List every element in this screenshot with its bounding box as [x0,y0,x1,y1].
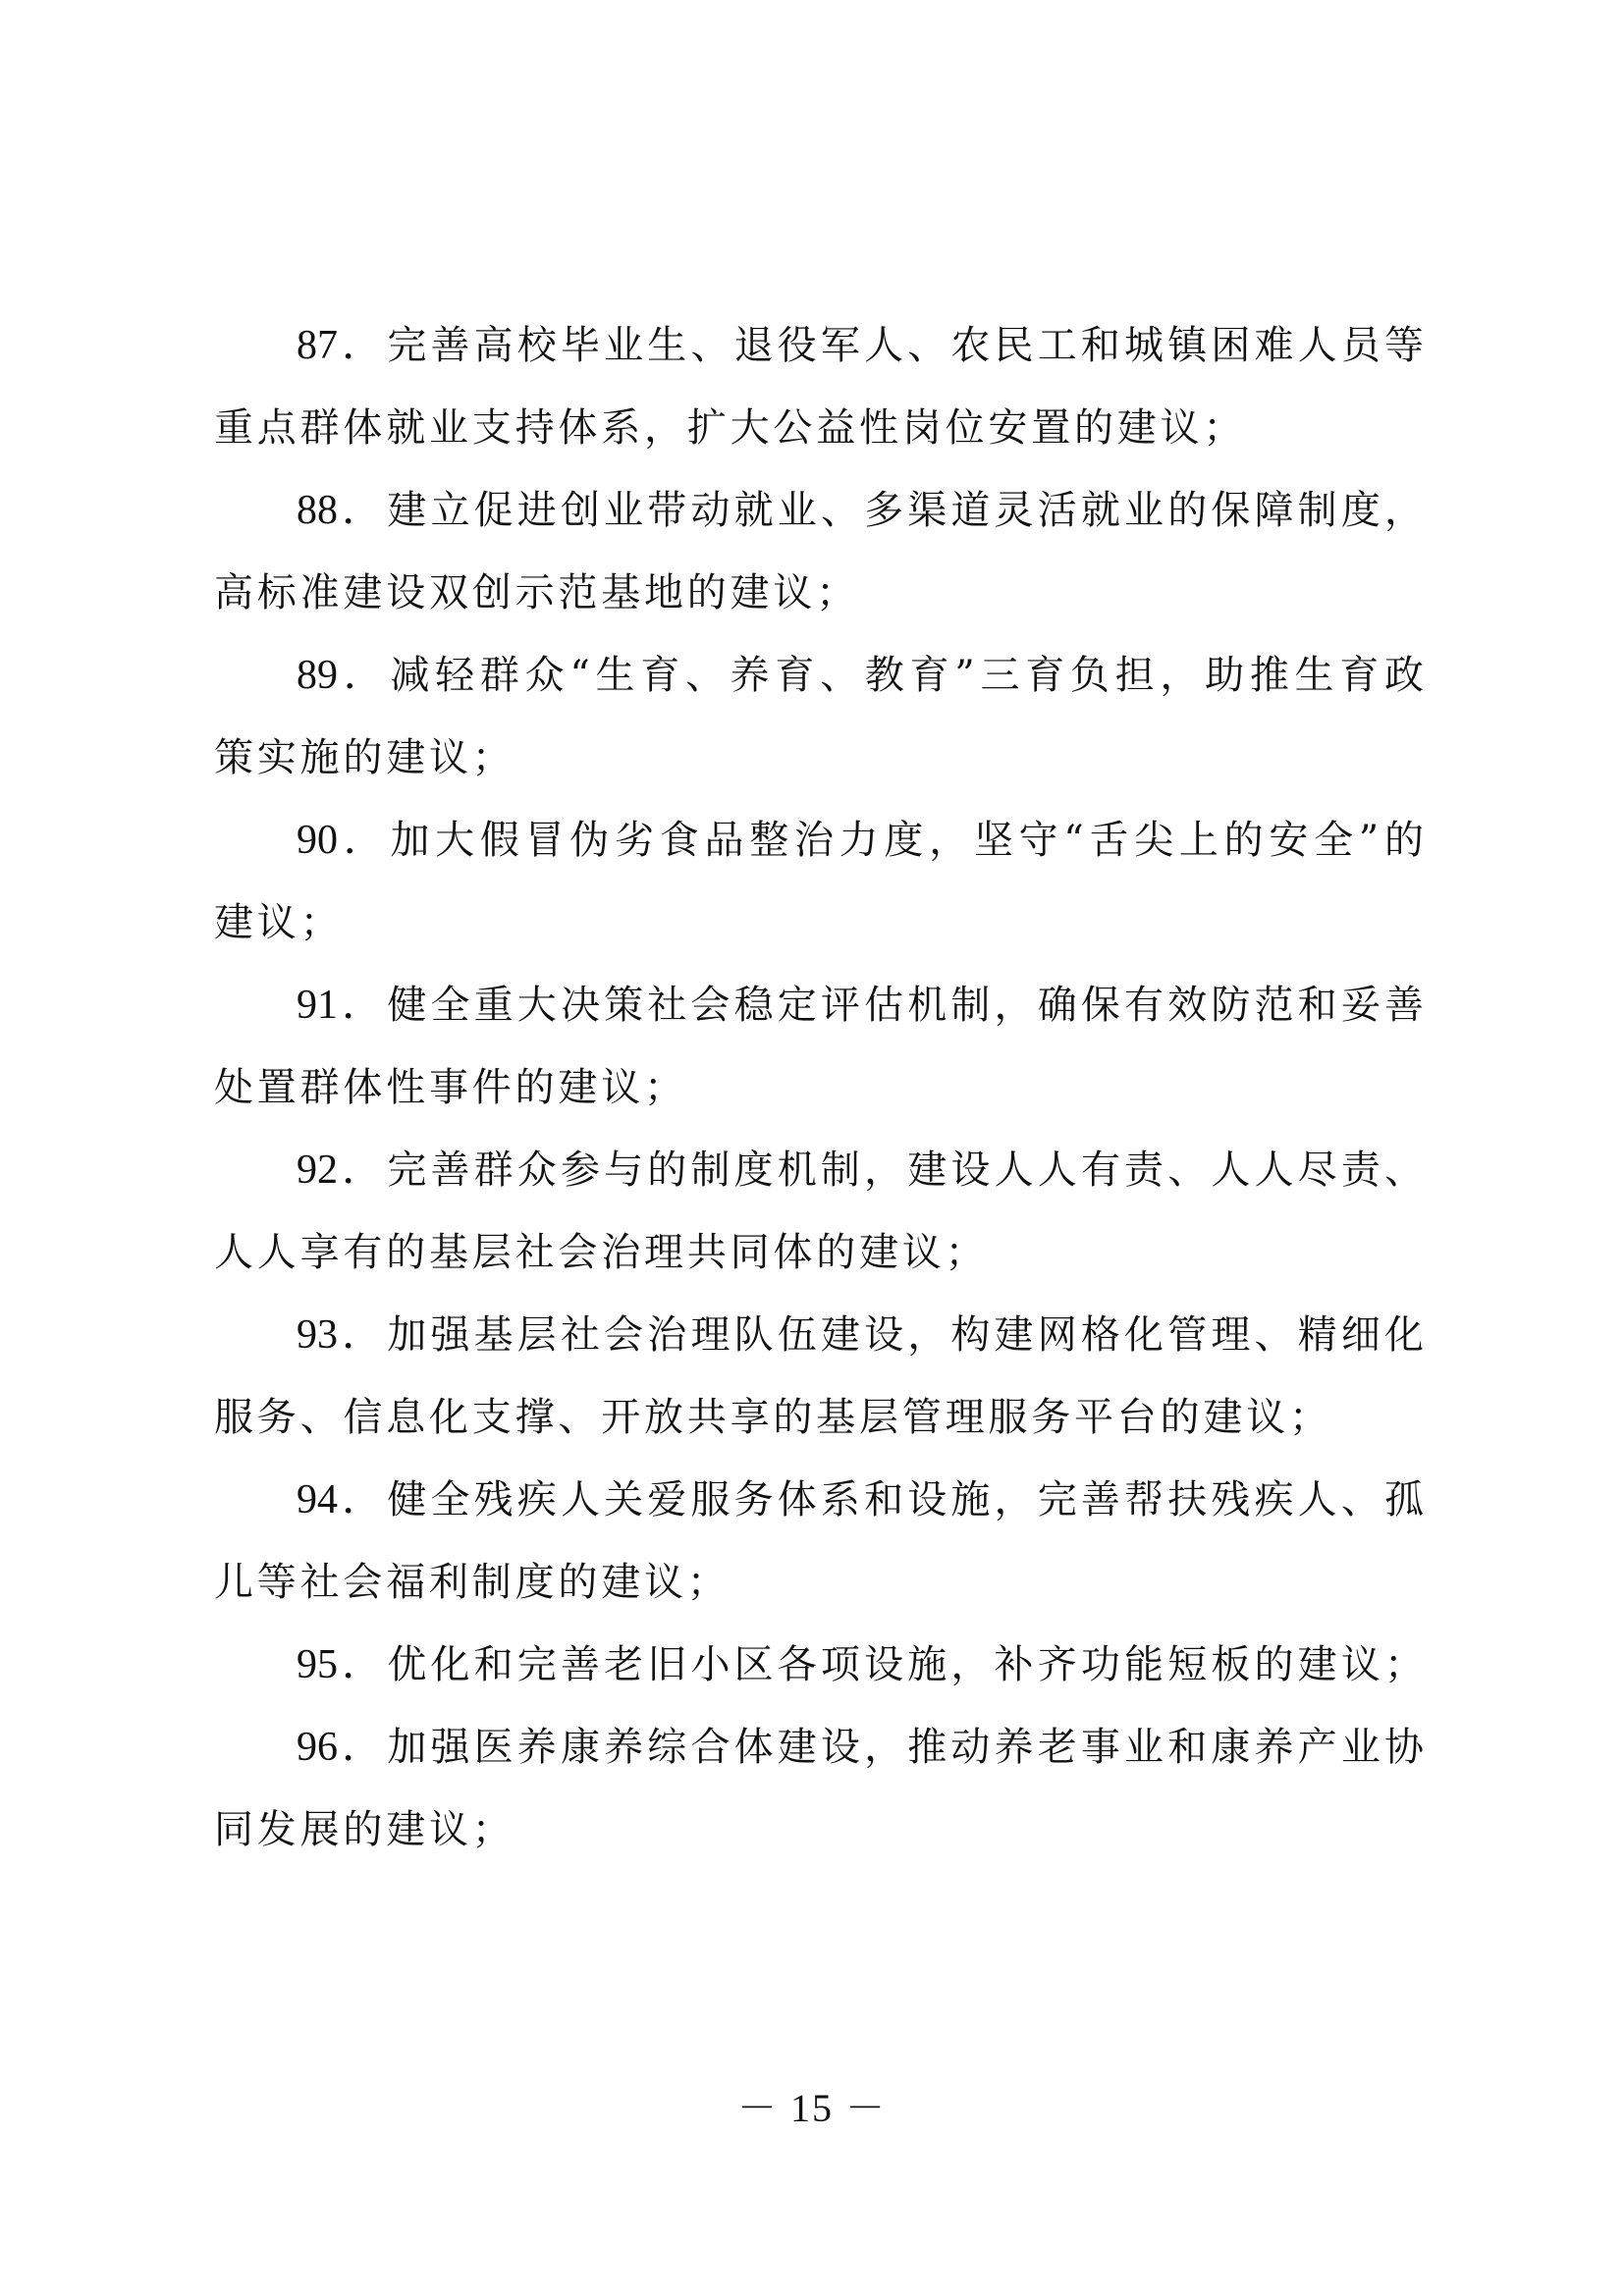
item-number: 92． [297,1148,387,1193]
item-text: 优化和完善老旧小区各项设施，补齐功能短板的建议； [387,1642,1424,1687]
item-94-line-2: 儿等社会福利制度的建议； [214,1553,1424,1612]
item-90-line-2: 建议； [214,893,1424,952]
item-text: 加强基层社会治理队伍建设，构建网格化管理、精细化 [387,1312,1424,1358]
item-90-line-1: 90．加大假冒伪劣食品整治力度，坚守“舌尖上的安全”的 [297,811,1424,870]
document-page: 87．完善高校毕业生、退役军人、农民工和城镇困难人员等 重点群体就业支持体系，扩… [0,0,1624,2296]
item-93-line-1: 93．加强基层社会治理队伍建设，构建网格化管理、精细化 [297,1306,1424,1364]
item-91-line-2: 处置群体性事件的建议； [214,1058,1424,1117]
item-93-line-2: 服务、信息化支撑、开放共享的基层管理服务平台的建议； [214,1388,1424,1447]
item-number: 95． [297,1642,387,1687]
item-87-line-1: 87．完善高校毕业生、退役军人、农民工和城镇困难人员等 [297,316,1424,375]
item-number: 89． [297,653,390,698]
item-96-line-2: 同发展的建议； [214,1800,1424,1859]
item-text: 健全重大决策社会稳定评估机制，确保有效防范和妥善 [387,983,1424,1028]
item-text: 建立促进创业带动就业、多渠道灵活就业的保障制度， [387,488,1424,533]
item-89-line-2: 策实施的建议； [214,728,1424,787]
item-text: 完善高校毕业生、退役军人、农民工和城镇困难人员等 [387,323,1424,368]
item-number: 94． [297,1477,387,1522]
item-number: 96． [297,1725,387,1770]
item-95-line-1: 95．优化和完善老旧小区各项设施，补齐功能短板的建议； [297,1635,1424,1694]
item-91-line-1: 91．健全重大决策社会稳定评估机制，确保有效防范和妥善 [297,976,1424,1035]
item-text: 加大假冒伪劣食品整治力度，坚守“舌尖上的安全”的 [390,818,1424,863]
item-number: 87． [297,323,387,368]
item-87-line-2: 重点群体就业支持体系，扩大公益性岗位安置的建议； [214,399,1424,457]
item-text: 健全残疾人关爱服务体系和设施，完善帮扶残疾人、孤 [387,1477,1424,1522]
item-number: 91． [297,983,387,1028]
item-88-line-1: 88．建立促进创业带动就业、多渠道灵活就业的保障制度， [297,481,1424,540]
item-text: 加强医养康养综合体建设，推动养老事业和康养产业协 [387,1725,1424,1770]
item-89-line-1: 89．减轻群众“生育、养育、教育”三育负担，助推生育政 [297,646,1424,705]
item-92-line-1: 92．完善群众参与的制度机制，建设人人有责、人人尽责、 [297,1141,1424,1200]
item-88-line-2: 高标准建设双创示范基地的建议； [214,563,1424,622]
item-94-line-1: 94．健全残疾人关爱服务体系和设施，完善帮扶残疾人、孤 [297,1470,1424,1529]
page-number: － 15 － [0,2081,1624,2136]
item-number: 90． [297,818,390,863]
item-text: 减轻群众“生育、养育、教育”三育负担，助推生育政 [390,653,1424,698]
item-92-line-2: 人人享有的基层社会治理共同体的建议； [214,1223,1424,1282]
item-number: 88． [297,488,387,533]
item-96-line-1: 96．加强医养康养综合体建设，推动养老事业和康养产业协 [297,1718,1424,1777]
item-text: 完善群众参与的制度机制，建设人人有责、人人尽责、 [387,1148,1424,1193]
item-number: 93． [297,1312,387,1358]
